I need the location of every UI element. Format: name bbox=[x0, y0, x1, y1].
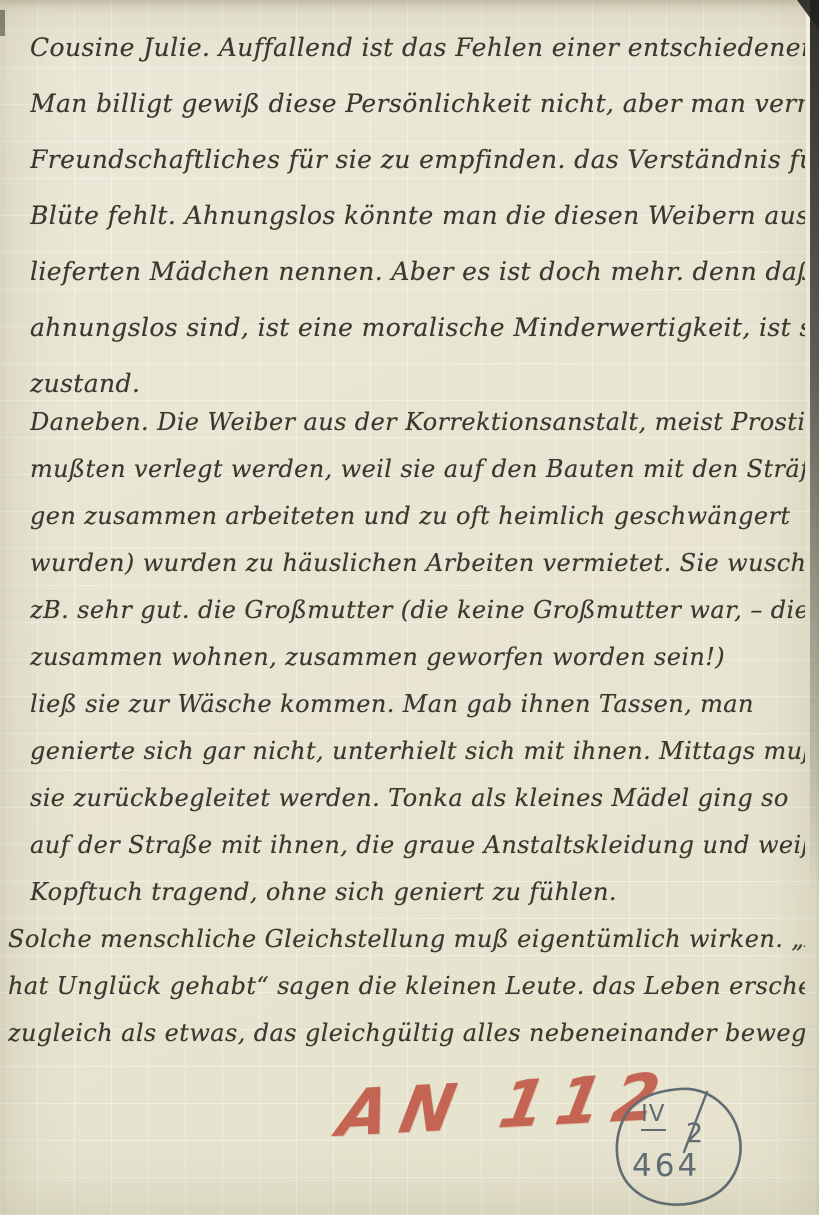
pencil-circle-outline bbox=[610, 1084, 750, 1210]
catalog-page: 464 bbox=[632, 1148, 700, 1184]
handwriting-line: Freundschaftliches für sie zu empfinden.… bbox=[30, 132, 805, 188]
manuscript-page: Cousine Julie. Auffallend ist das Fehlen… bbox=[0, 0, 819, 1215]
catalog-volume: IV bbox=[641, 1101, 666, 1131]
handwriting-line: ließ sie zur Wäsche kommen. Man gab ihne… bbox=[30, 681, 805, 728]
left-edge-mark bbox=[0, 10, 5, 36]
handwriting-line: ahnungslos sind, ist eine moralische Min… bbox=[30, 300, 805, 356]
handwriting-line: Daneben. Die Weiber aus der Korrektionsa… bbox=[30, 399, 805, 446]
handwriting-line: Man billigt gewiß diese Persönlichkeit n… bbox=[30, 76, 805, 132]
handwriting-line: zusammen wohnen, zusammen geworfen worde… bbox=[30, 634, 805, 681]
scan-edge-shadow bbox=[810, 0, 819, 899]
handwriting-line: Cousine Julie. Auffallend ist das Fehlen… bbox=[30, 20, 805, 76]
catalog-part: 2 bbox=[686, 1118, 703, 1149]
handwriting-line: gen zusammen arbeiteten und zu oft heiml… bbox=[30, 493, 805, 540]
handwriting-line: lieferten Mädchen nennen. Aber es ist do… bbox=[30, 244, 805, 300]
handwriting-line: mußten verlegt werden, weil sie auf den … bbox=[30, 446, 805, 493]
handwriting-line: auf der Straße mit ihnen, die graue Anst… bbox=[30, 822, 805, 869]
handwriting-line: wurden) wurden zu häuslichen Arbeiten ve… bbox=[30, 540, 805, 587]
handwriting-line: genierte sich gar nicht, unterhielt sich… bbox=[30, 728, 805, 775]
paragraph-cousine-julie: Cousine Julie. Auffallend ist das Fehlen… bbox=[30, 20, 805, 412]
paragraph-korrektionsanstalt: Daneben. Die Weiber aus der Korrektionsa… bbox=[30, 399, 805, 1057]
handwriting-line: Solche menschliche Gleichstellung muß ei… bbox=[8, 916, 805, 963]
handwriting-line: hat Unglück gehabt“ sagen die kleinen Le… bbox=[8, 963, 805, 1010]
handwriting-line: Kopftuch tragend, ohne sich geniert zu f… bbox=[30, 869, 805, 916]
catalog-circle: IV 2 464 bbox=[610, 1084, 750, 1210]
handwriting-line: Blüte fehlt. Ahnungslos könnte man die d… bbox=[30, 188, 805, 244]
handwriting-line: zugleich als etwas, das gleichgültig all… bbox=[8, 1010, 805, 1057]
handwriting-line: zB. sehr gut. die Großmutter (die keine … bbox=[30, 587, 805, 634]
handwriting-line: sie zurückbegleitet werden. Tonka als kl… bbox=[30, 775, 805, 822]
